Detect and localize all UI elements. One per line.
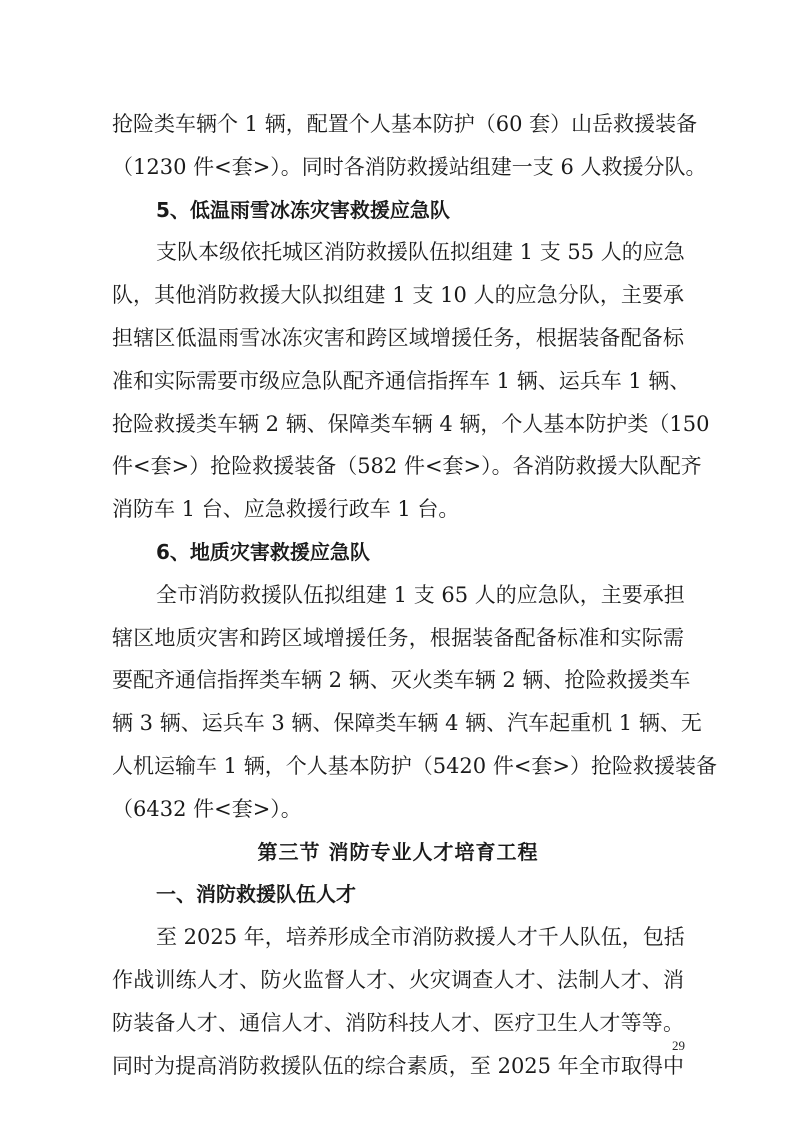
body-line: 作战训练人才、防火监督人才、火灾调查人才、法制人才、消 [112,959,684,1002]
section-title: 第三节 消防专业人才培育工程 [112,831,684,874]
subsection-heading: 5、低温雨雪冰冻灾害救援应急队 [112,189,684,232]
body-line: 抢险类车辆个 1 辆，配置个人基本防护（60 套）山岳救援装备 [112,103,684,146]
subsection-heading: 一、消防救援队伍人才 [112,873,684,916]
paragraph-first-line: 支队本级依托城区消防救援队伍拟组建 1 支 55 人的应急 [112,231,684,274]
body-line: 担辖区低温雨雪冰冻灾害和跨区域增援任务，根据装备配备标 [112,317,684,360]
paragraph-first-line: 全市消防救援队伍拟组建 1 支 65 人的应急队，主要承担 [112,574,684,617]
body-line: 件<套>）抢险救援装备（582 件<套>）。各消防救援大队配齐 [112,445,684,488]
body-line: 防装备人才、通信人才、消防科技人才、医疗卫生人才等等。 [112,1002,684,1045]
body-line: 消防车 1 台、应急救援行政车 1 台。 [112,488,684,531]
document-page: 抢险类车辆个 1 辆，配置个人基本防护（60 套）山岳救援装备 （1230 件<… [112,103,684,1087]
subsection-heading: 6、地质灾害救援应急队 [112,531,684,574]
body-line: （1230 件<套>）。同时各消防救援站组建一支 6 人救援分队。 [112,146,684,189]
body-line: 要配齐通信指挥类车辆 2 辆、灭火类车辆 2 辆、抢险救援类车 [112,659,684,702]
body-line: 辖区地质灾害和跨区域增援任务，根据装备配备标准和实际需 [112,617,684,660]
body-line: 准和实际需要市级应急队配齐通信指挥车 1 辆、运兵车 1 辆、 [112,360,684,403]
body-line: 抢险救援类车辆 2 辆、保障类车辆 4 辆，个人基本防护类（150 [112,403,684,446]
body-line: 同时为提高消防救援队伍的综合素质，至 2025 年全市取得中 [112,1045,684,1088]
body-line: 辆 3 辆、运兵车 3 辆、保障类车辆 4 辆、汽车起重机 1 辆、无 [112,702,684,745]
body-line: 人机运输车 1 辆，个人基本防护（5420 件<套>）抢险救援装备 [112,745,684,788]
paragraph-first-line: 至 2025 年，培养形成全市消防救援人才千人队伍，包括 [112,916,684,959]
body-line: 队，其他消防救援大队拟组建 1 支 10 人的应急分队，主要承 [112,274,684,317]
body-line: （6432 件<套>）。 [112,788,684,831]
page-number: 29 [672,1038,685,1054]
